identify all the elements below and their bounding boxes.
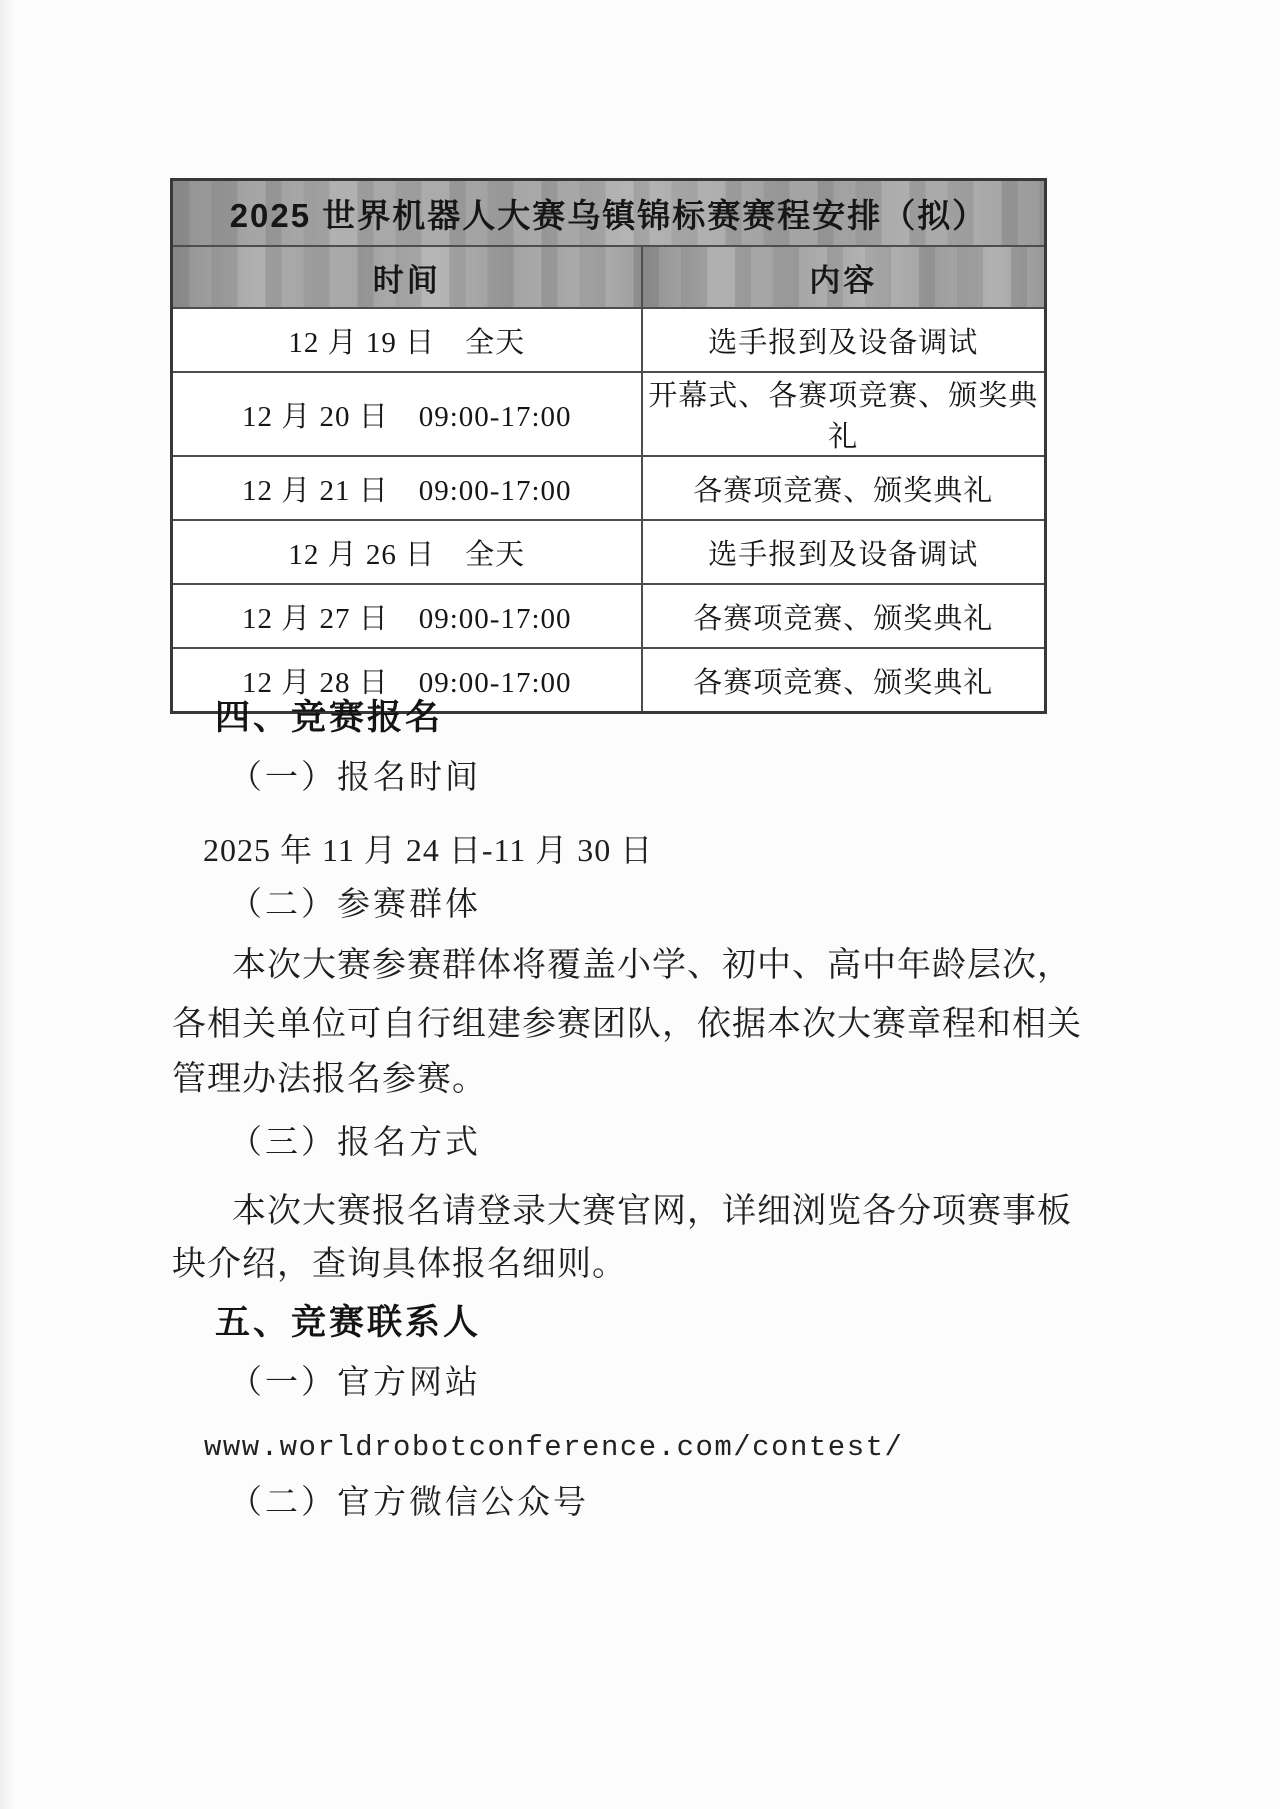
- doc-line: （三）报名方式: [229, 1119, 481, 1167]
- doc-line: （二）参赛群体: [229, 881, 481, 929]
- doc-line: 各相关单位可自行组建参赛团队，依据本次大赛章程和相关: [172, 1001, 1082, 1049]
- scanned-document-page: 2025 世界机器人大赛乌镇锦标赛赛程安排（拟） 时间 内容 12 月 19 日…: [0, 0, 1280, 1809]
- doc-line: 五、竞赛联系人: [215, 1299, 481, 1347]
- doc-line: （二）官方微信公众号: [229, 1479, 589, 1527]
- doc-line: 管理办法报名参赛。: [172, 1056, 487, 1104]
- doc-line: 本次大赛报名请登录大赛官网，详细浏览各分项赛事板: [232, 1188, 1072, 1236]
- doc-line: 2025 年 11 月 24 日-11 月 30 日: [203, 826, 653, 874]
- doc-line: 本次大赛参赛群体将覆盖小学、初中、高中年龄层次，: [232, 942, 1072, 990]
- doc-line: 四、竞赛报名: [215, 694, 443, 742]
- document-body: 四、竞赛报名（一）报名时间2025 年 11 月 24 日-11 月 30 日（…: [0, 0, 1280, 1809]
- doc-line: （一）报名时间: [229, 754, 481, 802]
- doc-line: （一）官方网站: [229, 1359, 481, 1407]
- doc-line: 块介绍，查询具体报名细则。: [172, 1241, 627, 1289]
- official-website-url: www.worldrobotconference.com/contest/: [204, 1424, 903, 1472]
